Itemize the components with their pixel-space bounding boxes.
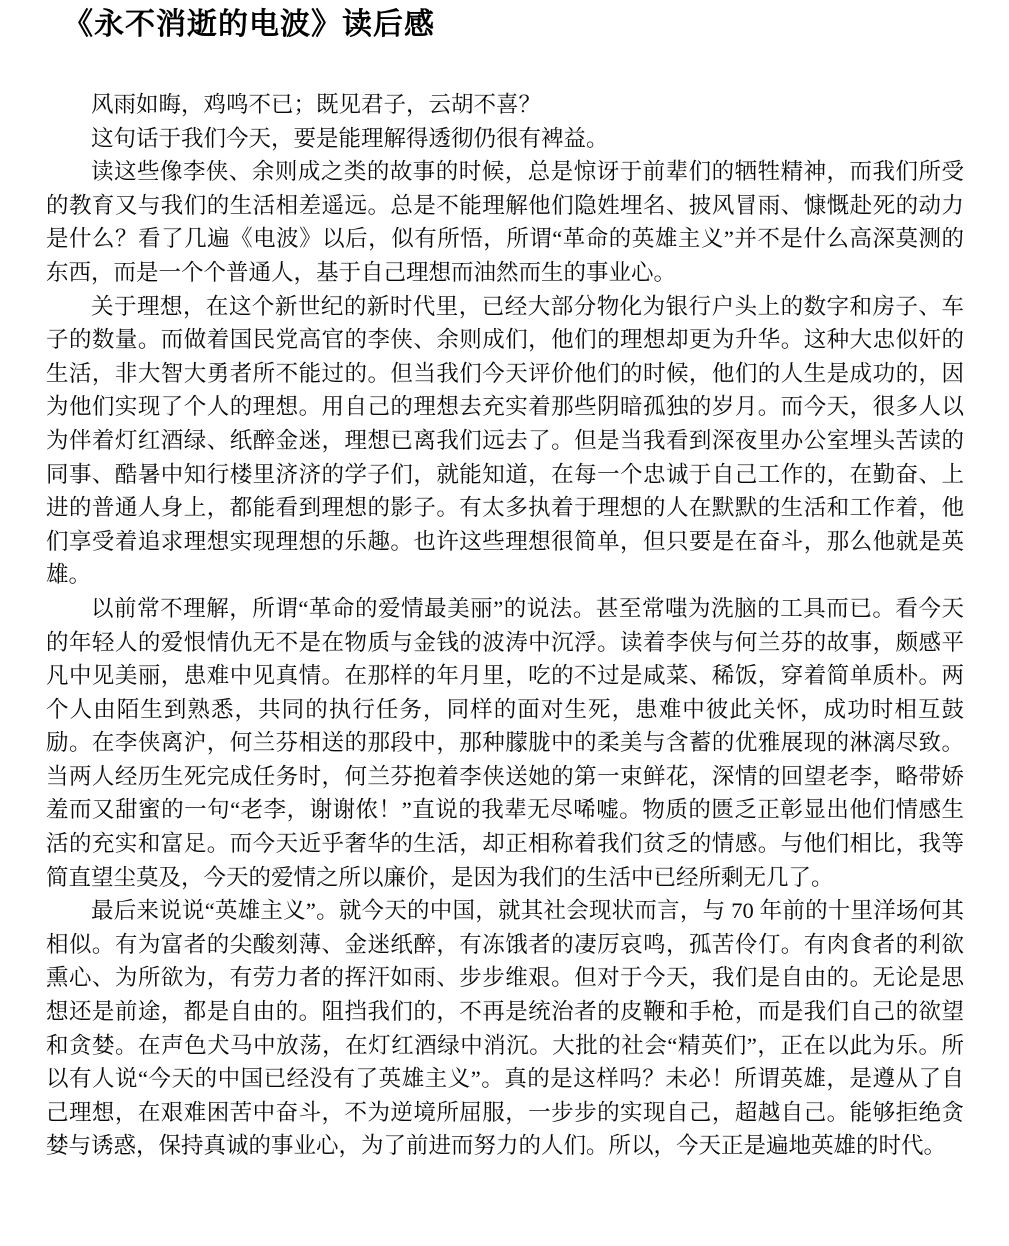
document-title: 《永不消逝的电波》读后感 (63, 4, 435, 46)
document-body: 风雨如晦，鸡鸣不已；既见君子，云胡不喜？ 这句话于我们今天，要是能理解得透彻仍很… (46, 88, 964, 1163)
paragraph-love: 以前常不理解，所谓“革命的爱情最美丽”的说法。甚至常嗤为洗脑的工具而已。看今天的… (46, 592, 964, 894)
document-page: 《永不消逝的电波》读后感 风雨如晦，鸡鸣不已；既见君子，云胡不喜？ 这句话于我们… (0, 0, 1009, 1246)
paragraph-quote-line-1: 风雨如晦，鸡鸣不已；既见君子，云胡不喜？ (46, 88, 964, 122)
paragraph-quote-line-2: 这句话于我们今天，要是能理解得透彻仍很有裨益。 (46, 122, 964, 156)
paragraph-ideal: 关于理想，在这个新世纪的新时代里，已经大部分物化为银行户头上的数字和房子、车子的… (46, 290, 964, 592)
paragraph-intro: 读这些像李侠、余则成之类的故事的时候，总是惊讶于前辈们的牺牲精神，而我们所受的教… (46, 155, 964, 289)
paragraph-heroism: 最后来说说“英雄主义”。就今天的中国，就其社会现状而言，与 70 年前的十里洋场… (46, 894, 964, 1163)
